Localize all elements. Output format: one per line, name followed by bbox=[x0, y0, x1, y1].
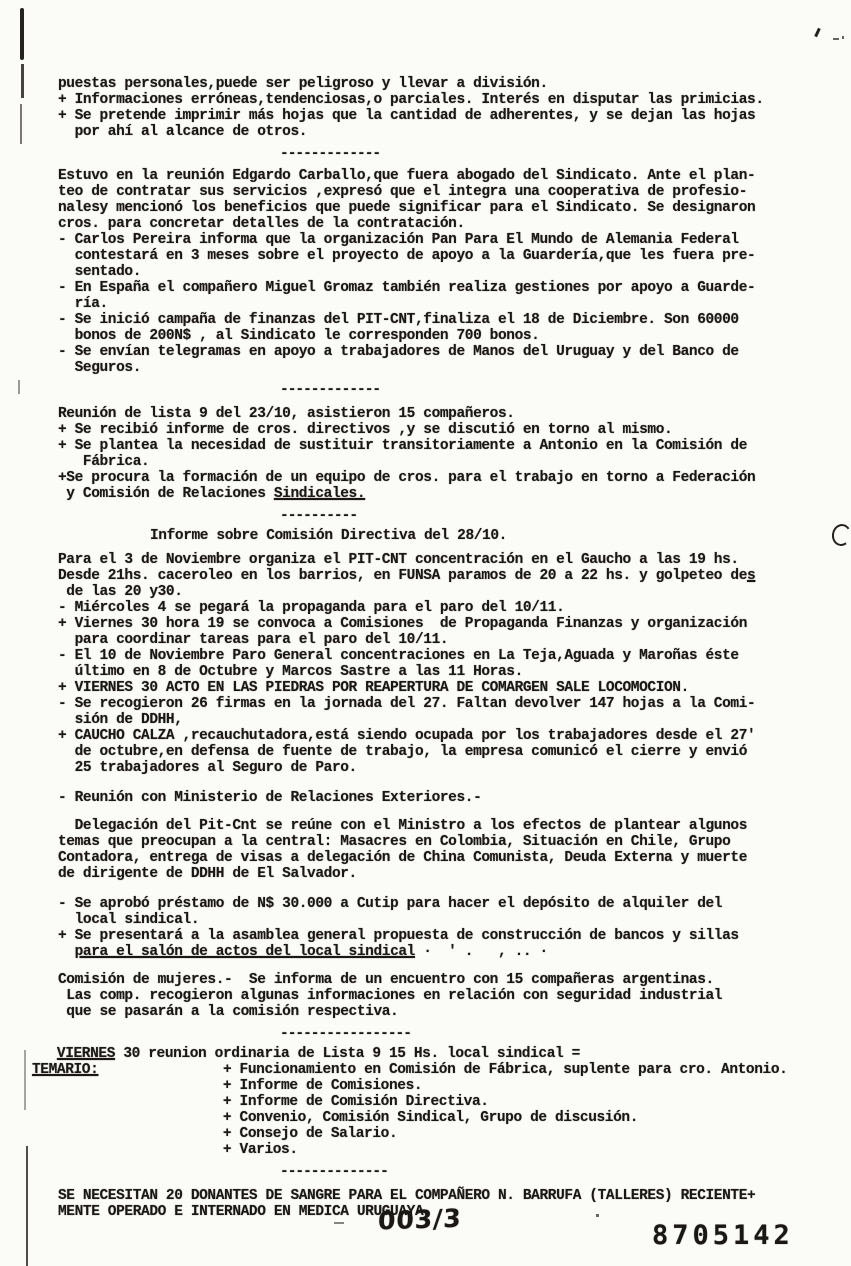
text-line: Desde 21hs. caceroleo en los barrios, en… bbox=[58, 568, 828, 584]
text-line: Las comp. recogieron algunas informacion… bbox=[58, 988, 828, 1004]
text-segment: - Carlos Pereira informa que la organiza… bbox=[58, 232, 739, 248]
text-line: - Se recogieron 26 firmas en la jornada … bbox=[58, 696, 828, 712]
text-segment: Reunión de lista 9 del 23/10, asistieron… bbox=[58, 406, 515, 422]
paragraph: Reunión de lista 9 del 23/10, asistieron… bbox=[58, 406, 828, 502]
paragraph: Para el 3 de Noviembre organiza el PIT-C… bbox=[58, 552, 828, 776]
text-line: Informe sobre Comisión Directiva del 28/… bbox=[150, 528, 828, 544]
text-line: teo de contratar sus servicios ,expresó … bbox=[58, 184, 828, 200]
text-line: Fábrica. bbox=[58, 454, 828, 470]
text-segment: temas que preocupan a la central: Masacr… bbox=[58, 834, 730, 850]
text-line: Contadora, entrega de visas a delegación… bbox=[58, 850, 828, 866]
text-line: contestará en 3 meses sobre el proyecto … bbox=[58, 248, 828, 264]
text-line: por ahí al alcance de otros. bbox=[58, 124, 828, 140]
text-segment: + Consejo de Salario. bbox=[32, 1126, 397, 1142]
paragraph: Comisión de mujeres.- Se informa de un e… bbox=[58, 972, 828, 1020]
text-segment: nalesy mencionó los beneficios que puede… bbox=[58, 200, 755, 216]
text-line: Seguros. bbox=[58, 360, 828, 376]
text-line: bonos de 200N$ , al Sindicato le corresp… bbox=[58, 328, 828, 344]
dashed-separator: ------------- bbox=[280, 382, 828, 398]
text-segment: de las 20 y30. bbox=[58, 584, 183, 600]
text-line: Reunión de lista 9 del 23/10, asistieron… bbox=[58, 406, 828, 422]
text-line: ría. bbox=[58, 296, 828, 312]
dashed-separator: ------------- bbox=[280, 146, 828, 162]
text-line: de dirigente de DDHH de El Salvador. bbox=[58, 866, 828, 882]
text-segment: - Se envían telegramas en apoyo a trabaj… bbox=[58, 344, 739, 360]
text-line: - El 10 de Noviembre Paro General concen… bbox=[58, 648, 828, 664]
text-segment: Seguros. bbox=[58, 360, 141, 376]
text-line: - Reunión con Ministerio de Relaciones E… bbox=[58, 790, 828, 806]
underlined-text: TEMARIO: bbox=[32, 1062, 98, 1078]
text-line: - Miércoles 4 se pegará la propaganda pa… bbox=[58, 600, 828, 616]
text-line: local sindical. bbox=[58, 912, 828, 928]
text-line: + Informaciones erróneas,tendenciosas,o … bbox=[58, 92, 828, 108]
paragraph: - Reunión con Ministerio de Relaciones E… bbox=[58, 790, 828, 806]
text-segment: + Informaciones erróneas,tendenciosas,o … bbox=[58, 92, 764, 108]
text-segment: - En España el compañero Miguel Gromaz t… bbox=[58, 280, 755, 296]
text-segment: Desde 21hs. caceroleo en los barrios, en… bbox=[58, 568, 747, 584]
text-segment: ría. bbox=[58, 296, 108, 312]
text-line: - En España el compañero Miguel Gromaz t… bbox=[58, 280, 828, 296]
text-segment: - Se inició campaña de finanzas del PIT-… bbox=[58, 312, 739, 328]
binding-mark bbox=[20, 104, 22, 144]
text-line: + Viernes 30 hora 19 se convoca a Comisi… bbox=[58, 616, 828, 632]
text-line: temas que preocupan a la central: Masacr… bbox=[58, 834, 828, 850]
text-line: Para el 3 de Noviembre organiza el PIT-C… bbox=[58, 552, 828, 568]
text-segment: + Se pretende imprimir más hojas que la … bbox=[58, 108, 755, 124]
text-segment: Estuvo en la reunión Edgardo Carballo,qu… bbox=[58, 168, 755, 184]
text-line: de las 20 y30. bbox=[58, 584, 828, 600]
text-segment bbox=[32, 1046, 57, 1062]
text-segment: por ahí al alcance de otros. bbox=[58, 124, 307, 140]
text-line: - Se inició campaña de finanzas del PIT-… bbox=[58, 312, 828, 328]
text-segment: Fábrica. bbox=[58, 454, 149, 470]
document-body: puestas personales,puede ser peligroso y… bbox=[58, 76, 828, 1226]
text-segment: local sindical. bbox=[58, 912, 199, 928]
text-segment: puestas personales,puede ser peligroso y… bbox=[58, 76, 548, 92]
text-line: Estuvo en la reunión Edgardo Carballo,qu… bbox=[58, 168, 828, 184]
text-line: + Se presentará a la asamblea general pr… bbox=[58, 928, 828, 944]
text-line: - Se aprobó préstamo de N$ 30.000 a Cuti… bbox=[58, 896, 828, 912]
text-segment: 30 reunion ordinaria de Lista 9 15 Hs. l… bbox=[115, 1046, 580, 1062]
text-segment: que se pasarán a la comisión respectiva. bbox=[58, 1004, 398, 1020]
text-line: + Informe de Comisión Directiva. bbox=[32, 1094, 828, 1110]
paragraph: VIERNES 30 reunion ordinaria de Lista 9 … bbox=[32, 1046, 828, 1158]
binding-mark bbox=[21, 64, 24, 98]
text-line: cros. para concretar detalles de la cont… bbox=[58, 216, 828, 232]
scan-artifact bbox=[833, 38, 839, 40]
text-segment: + VIERNES 30 ACTO EN LAS PIEDRAS POR REA… bbox=[58, 680, 689, 696]
text-line: SE NECESITAN 20 DONANTES DE SANGRE PARA … bbox=[58, 1188, 828, 1204]
text-segment: + Viernes 30 hora 19 se convoca a Comisi… bbox=[58, 616, 747, 632]
text-segment: sentado. bbox=[58, 264, 141, 280]
text-segment: Las comp. recogieron algunas informacion… bbox=[58, 988, 722, 1004]
binding-mark bbox=[20, 8, 24, 60]
text-segment: Comisión de mujeres.- Se informa de un e… bbox=[58, 972, 714, 988]
text-segment: - Reunión con Ministerio de Relaciones E… bbox=[58, 790, 481, 806]
handwritten-page-number: 003/3 bbox=[378, 1204, 463, 1236]
text-segment: + Se recibió informe de cros. directivos… bbox=[58, 422, 672, 438]
paragraph: Delegación del Pit-Cnt se reúne con el M… bbox=[58, 818, 828, 882]
text-line: para coordinar tareas para el paro del 1… bbox=[58, 632, 828, 648]
text-line: + Se plantea la necesidad de sustituir t… bbox=[58, 438, 828, 454]
text-segment: último en 8 de Octubre y Marcos Sastre a… bbox=[58, 664, 523, 680]
text-line: + CAUCHO CALZA ,recauchutadora,está sien… bbox=[58, 728, 828, 744]
text-segment: 25 trabajadores al Seguro de Paro. bbox=[58, 760, 357, 776]
text-segment: + Se plantea la necesidad de sustituir t… bbox=[58, 438, 747, 454]
binding-mark bbox=[26, 1146, 28, 1266]
handwritten-c-mark bbox=[830, 523, 851, 548]
text-line: y Comisión de Relaciones Sindicales. bbox=[58, 486, 828, 502]
text-segment: + Varios. bbox=[32, 1142, 298, 1158]
text-segment: Contadora, entrega de visas a delegación… bbox=[58, 850, 747, 866]
text-segment: para coordinar tareas para el paro del 1… bbox=[58, 632, 448, 648]
text-segment: + Funcionamiento en Comisión de Fábrica,… bbox=[98, 1062, 787, 1078]
text-segment: - El 10 de Noviembre Paro General concen… bbox=[58, 648, 739, 664]
text-segment: Delegación del Pit-Cnt se reúne con el M… bbox=[58, 818, 747, 834]
dashed-separator: ---------- bbox=[280, 508, 828, 524]
text-line: sión de DDHH, bbox=[58, 712, 828, 728]
text-segment: - Miércoles 4 se pegará la propaganda pa… bbox=[58, 600, 564, 616]
text-segment: + Informe de Comisiones. bbox=[32, 1078, 422, 1094]
text-line: + Se recibió informe de cros. directivos… bbox=[58, 422, 828, 438]
text-segment: teo de contratar sus servicios ,expresó … bbox=[58, 184, 747, 200]
text-line: - Carlos Pereira informa que la organiza… bbox=[58, 232, 828, 248]
text-segment: cros. para concretar detalles de la cont… bbox=[58, 216, 465, 232]
scan-artifact bbox=[18, 380, 20, 394]
scanned-document-page: puestas personales,puede ser peligroso y… bbox=[0, 0, 851, 1266]
text-segment: + Informe de Comisión Directiva. bbox=[32, 1094, 489, 1110]
text-line: + Consejo de Salario. bbox=[32, 1126, 828, 1142]
text-segment: + Convenio, Comisión Sindical, Grupo de … bbox=[32, 1110, 638, 1126]
text-segment: +Se procura la formación de un equipo de… bbox=[58, 470, 755, 486]
text-line: sentado. bbox=[58, 264, 828, 280]
text-line: + Informe de Comisiones. bbox=[32, 1078, 828, 1094]
text-segment bbox=[58, 944, 75, 960]
text-segment: Informe sobre Comisión Directiva del 28/… bbox=[150, 528, 507, 544]
text-line: para el salón de actos del local sindica… bbox=[58, 944, 828, 960]
text-segment: Para el 3 de Noviembre organiza el PIT-C… bbox=[58, 552, 739, 568]
text-line: 25 trabajadores al Seguro de Paro. bbox=[58, 760, 828, 776]
dashed-separator: ----------------- bbox=[280, 1026, 828, 1042]
text-line: Comisión de mujeres.- Se informa de un e… bbox=[58, 972, 828, 988]
text-segment: y Comisión de Relaciones bbox=[58, 486, 274, 502]
text-line: Delegación del Pit-Cnt se reúne con el M… bbox=[58, 818, 828, 834]
text-line: + Convenio, Comisión Sindical, Grupo de … bbox=[32, 1110, 828, 1126]
paragraph: Estuvo en la reunión Edgardo Carballo,qu… bbox=[58, 168, 828, 376]
text-segment: + Se presentará a la asamblea general pr… bbox=[58, 928, 739, 944]
text-line: puestas personales,puede ser peligroso y… bbox=[58, 76, 828, 92]
text-line: último en 8 de Octubre y Marcos Sastre a… bbox=[58, 664, 828, 680]
binding-mark bbox=[24, 1050, 26, 1110]
text-line: - Se envían telegramas en apoyo a trabaj… bbox=[58, 344, 828, 360]
underlined-text: Sindicales. bbox=[274, 486, 365, 502]
text-line: +Se procura la formación de un equipo de… bbox=[58, 470, 828, 486]
text-segment: MENTE OPERADO E INTERNADO EN MEDICA URUG… bbox=[58, 1204, 432, 1220]
text-segment: - Se recogieron 26 firmas en la jornada … bbox=[58, 696, 755, 712]
text-segment: de dirigente de DDHH de El Salvador. bbox=[58, 866, 357, 882]
text-segment: SE NECESITAN 20 DONANTES DE SANGRE PARA … bbox=[58, 1188, 755, 1204]
text-segment: de octubre,en defensa de fuente de traba… bbox=[58, 744, 747, 760]
underlined-text: VIERNES bbox=[57, 1046, 115, 1062]
text-segment: · ' . , .. · bbox=[415, 944, 548, 960]
text-line: nalesy mencionó los beneficios que puede… bbox=[58, 200, 828, 216]
paragraph: puestas personales,puede ser peligroso y… bbox=[58, 76, 828, 140]
section-heading: Informe sobre Comisión Directiva del 28/… bbox=[150, 528, 828, 544]
scan-artifact bbox=[842, 36, 844, 39]
text-line: + VIERNES 30 ACTO EN LAS PIEDRAS POR REA… bbox=[58, 680, 828, 696]
dashed-separator: -------------- bbox=[280, 1164, 828, 1180]
text-line: VIERNES 30 reunion ordinaria de Lista 9 … bbox=[32, 1046, 828, 1062]
text-line: que se pasarán a la comisión respectiva. bbox=[58, 1004, 828, 1020]
text-line: + Varios. bbox=[32, 1142, 828, 1158]
text-segment: sión de DDHH, bbox=[58, 712, 183, 728]
underlined-text: para el salón de actos del local sindica… bbox=[75, 944, 415, 960]
text-segment: contestará en 3 meses sobre el proyecto … bbox=[58, 248, 755, 264]
text-segment: + CAUCHO CALZA ,recauchutadora,está sien… bbox=[58, 728, 755, 744]
text-line: + Se pretende imprimir más hojas que la … bbox=[58, 108, 828, 124]
paragraph: - Se aprobó préstamo de N$ 30.000 a Cuti… bbox=[58, 896, 828, 960]
underlined-text: s bbox=[747, 568, 755, 584]
text-line: de octubre,en defensa de fuente de traba… bbox=[58, 744, 828, 760]
text-line: TEMARIO: + Funcionamiento en Comisión de… bbox=[32, 1062, 828, 1078]
archive-stamp-number: 8705142 bbox=[652, 1220, 794, 1251]
text-segment: bonos de 200N$ , al Sindicato le corresp… bbox=[58, 328, 539, 344]
scan-artifact bbox=[814, 28, 821, 37]
text-segment: - Se aprobó préstamo de N$ 30.000 a Cuti… bbox=[58, 896, 722, 912]
